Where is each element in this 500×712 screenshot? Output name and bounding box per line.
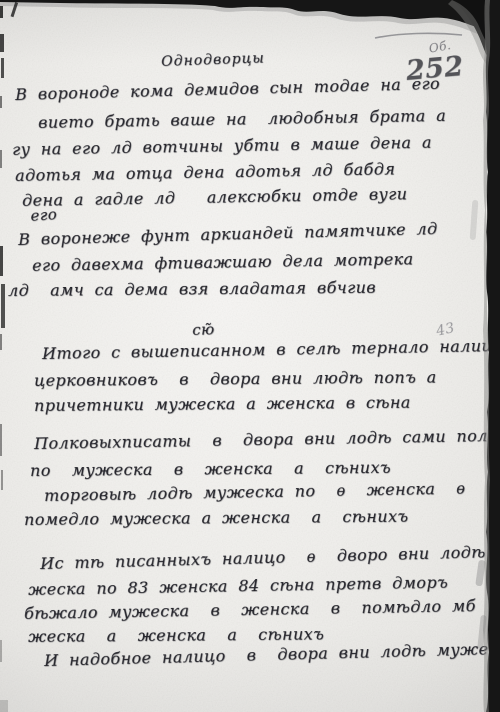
handwritten-line: Итого с вышеписанном в селѣ тернало нали…	[42, 338, 500, 362]
handwritten-line: адотья ма отца дена адотья лд бабдя	[15, 161, 395, 184]
handwritten-line: вието брать ваше на людобныя брата а	[38, 108, 446, 131]
handwritten-line: торговыѣ лодѣ мужеска по ѳ женска ѳ	[44, 481, 466, 504]
handwritten-line: причетники мужеска а женска в сѣна	[34, 395, 411, 414]
section-mark: сю̃	[192, 322, 215, 338]
handwritten-line: по мужеска в женска а сѣнихъ	[30, 460, 391, 479]
page-number: 252	[405, 53, 465, 85]
heading-line: Однодворцы	[161, 51, 265, 69]
handwritten-line: В воронеже фунт аркиандей памятчике лд	[18, 221, 438, 248]
handwritten-line: его	[30, 207, 58, 224]
handwritten-line: бѣжало мужеска в женска в помѣдло мб	[24, 598, 476, 622]
handwritten-line: Полковыхписаты в двора вни лодѣ сами пол…	[34, 427, 500, 452]
handwritten-line: жеска а женска а сѣнихъ	[28, 626, 324, 645]
handwritten-line: его давехма фтиважшаю дела мотрека	[32, 251, 414, 274]
handwritten-line: дена а гадле лд алексюбки отде вуги	[22, 186, 408, 209]
handwritten-line: церковниковъ в двора вни людѣ попъ а	[34, 369, 437, 389]
handwritten-line: помедло мужеска а женска а сѣнихъ	[24, 509, 409, 528]
margin-number: 43	[435, 321, 456, 339]
handwritten-line: жеска по 83 женска 84 сѣна претв дморъ	[28, 575, 448, 598]
handwritten-line: В вороноде кома демидов сын тодае на его	[15, 76, 440, 103]
handwritten-line: гу на его лд вотчины убти в маше дена а	[12, 135, 432, 158]
manuscript-page: Однодворцы В вороноде кома демидов сын т…	[0, 0, 500, 712]
handwritten-line: Ис тѣ писанныхъ налицо ѳ дворо вни лодѣ …	[40, 543, 500, 572]
handwritten-line: лд амч са дема взя владатая вбчгив	[8, 280, 376, 299]
